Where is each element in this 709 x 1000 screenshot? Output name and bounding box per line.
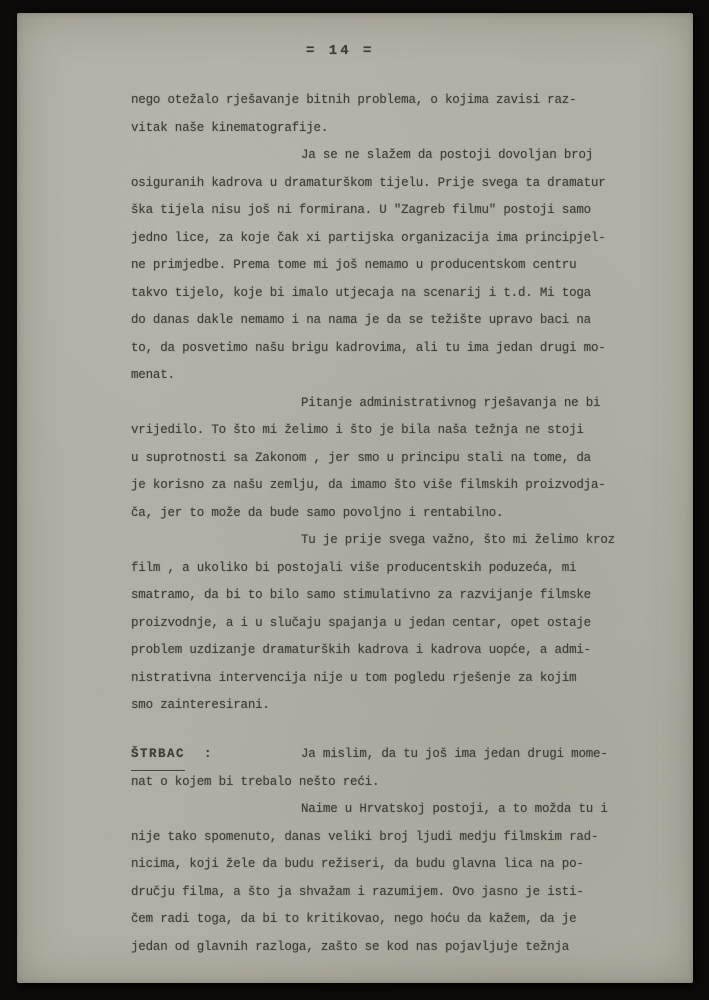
page-number: = 14 = <box>306 43 374 59</box>
text-line: ča, jer to može da bude samo povoljno i … <box>131 500 609 528</box>
text-line: Ja se ne slažem da postoji dovoljan broj <box>131 142 609 170</box>
paragraph: Pitanje administrativnog rješavanja ne b… <box>131 390 609 528</box>
body-text-lower: ŠTRBAC : Ja mislim, da tu još ima jedan … <box>131 741 609 961</box>
text-line: dručju filma, a što ja shvažam i razumij… <box>131 879 609 907</box>
text-line: to, da posvetimo našu brigu kadrovima, a… <box>131 335 609 363</box>
text-line: menat. <box>131 362 609 390</box>
text-line: nat o kojem bi trebalo nešto reći. <box>131 769 609 797</box>
speaker-paragraph: ŠTRBAC : Ja mislim, da tu još ima jedan … <box>131 741 609 796</box>
speaker-colon: : <box>204 741 211 769</box>
text-line: Pitanje administrativnog rješavanja ne b… <box>131 390 609 418</box>
text-line: takvo tijelo, koje bi imalo utjecaja na … <box>131 280 609 308</box>
text-line: smatramo, da bi to bilo samo stimulativn… <box>131 582 609 610</box>
text-line: do danas dakle nemamo i na nama je da se… <box>131 307 609 335</box>
text-line: ne primjedbe. Prema tome mi još nemamo u… <box>131 252 609 280</box>
text-line: jedno lice, za koje čak xi partijska org… <box>131 225 609 253</box>
text-line: nije tako spomenuto, danas veliki broj l… <box>131 824 609 852</box>
text-line: vrijedilo. To što mi želimo i što je bil… <box>131 417 609 445</box>
text-line: nistrativna intervencija nije u tom pogl… <box>131 665 609 693</box>
paragraph: Ja se ne slažem da postoji dovoljan broj… <box>131 142 609 390</box>
text-line: proizvodnje, a i u slučaju spajanja u je… <box>131 610 609 638</box>
text-line: nego otežalo rješavanje bitnih problema,… <box>131 87 609 115</box>
speaker-text: Ja mislim, da tu još ima jedan drugi mom… <box>301 747 608 761</box>
text-line: ŠTRBAC : Ja mislim, da tu još ima jedan … <box>131 741 609 769</box>
body-text-upper: nego otežalo rješavanje bitnih problema,… <box>131 87 609 720</box>
text-line: osiguranih kadrova u dramaturškom tijelu… <box>131 170 609 198</box>
text-line: Tu je prije svega važno, što mi želimo k… <box>131 527 609 555</box>
text-line: vitak naše kinematografije. <box>131 115 609 143</box>
text-line: ška tijela nisu još ni formirana. U "Zag… <box>131 197 609 225</box>
text-line: jedan od glavnih razloga, zašto se kod n… <box>131 934 609 962</box>
paragraph: Tu je prije svega važno, što mi želimo k… <box>131 527 609 720</box>
paragraph-continuation: nego otežalo rješavanje bitnih problema,… <box>131 87 609 142</box>
document-scan: { "page": { "header": "= 14 =", "paper_c… <box>0 0 709 1000</box>
speaker-label: ŠTRBAC <box>131 741 185 771</box>
text-line: čem radi toga, da bi to kritikovao, nego… <box>131 906 609 934</box>
paragraph: Naime u Hrvatskoj postoji, a to možda tu… <box>131 796 609 961</box>
text-line: smo zainteresirani. <box>131 692 609 720</box>
text-line: Naime u Hrvatskoj postoji, a to možda tu… <box>131 796 609 824</box>
text-line: film , a ukoliko bi postojali više produ… <box>131 555 609 583</box>
document-page: = 14 = nego otežalo rješavanje bitnih pr… <box>17 13 693 983</box>
text-line: nicima, koji žele da budu režiseri, da b… <box>131 851 609 879</box>
text-line: u suprotnosti sa Zakonom , jer smo u pri… <box>131 445 609 473</box>
text-line: je korisno za našu zemlju, da imamo što … <box>131 472 609 500</box>
text-line: problem uzdizanje dramaturških kadrova i… <box>131 637 609 665</box>
